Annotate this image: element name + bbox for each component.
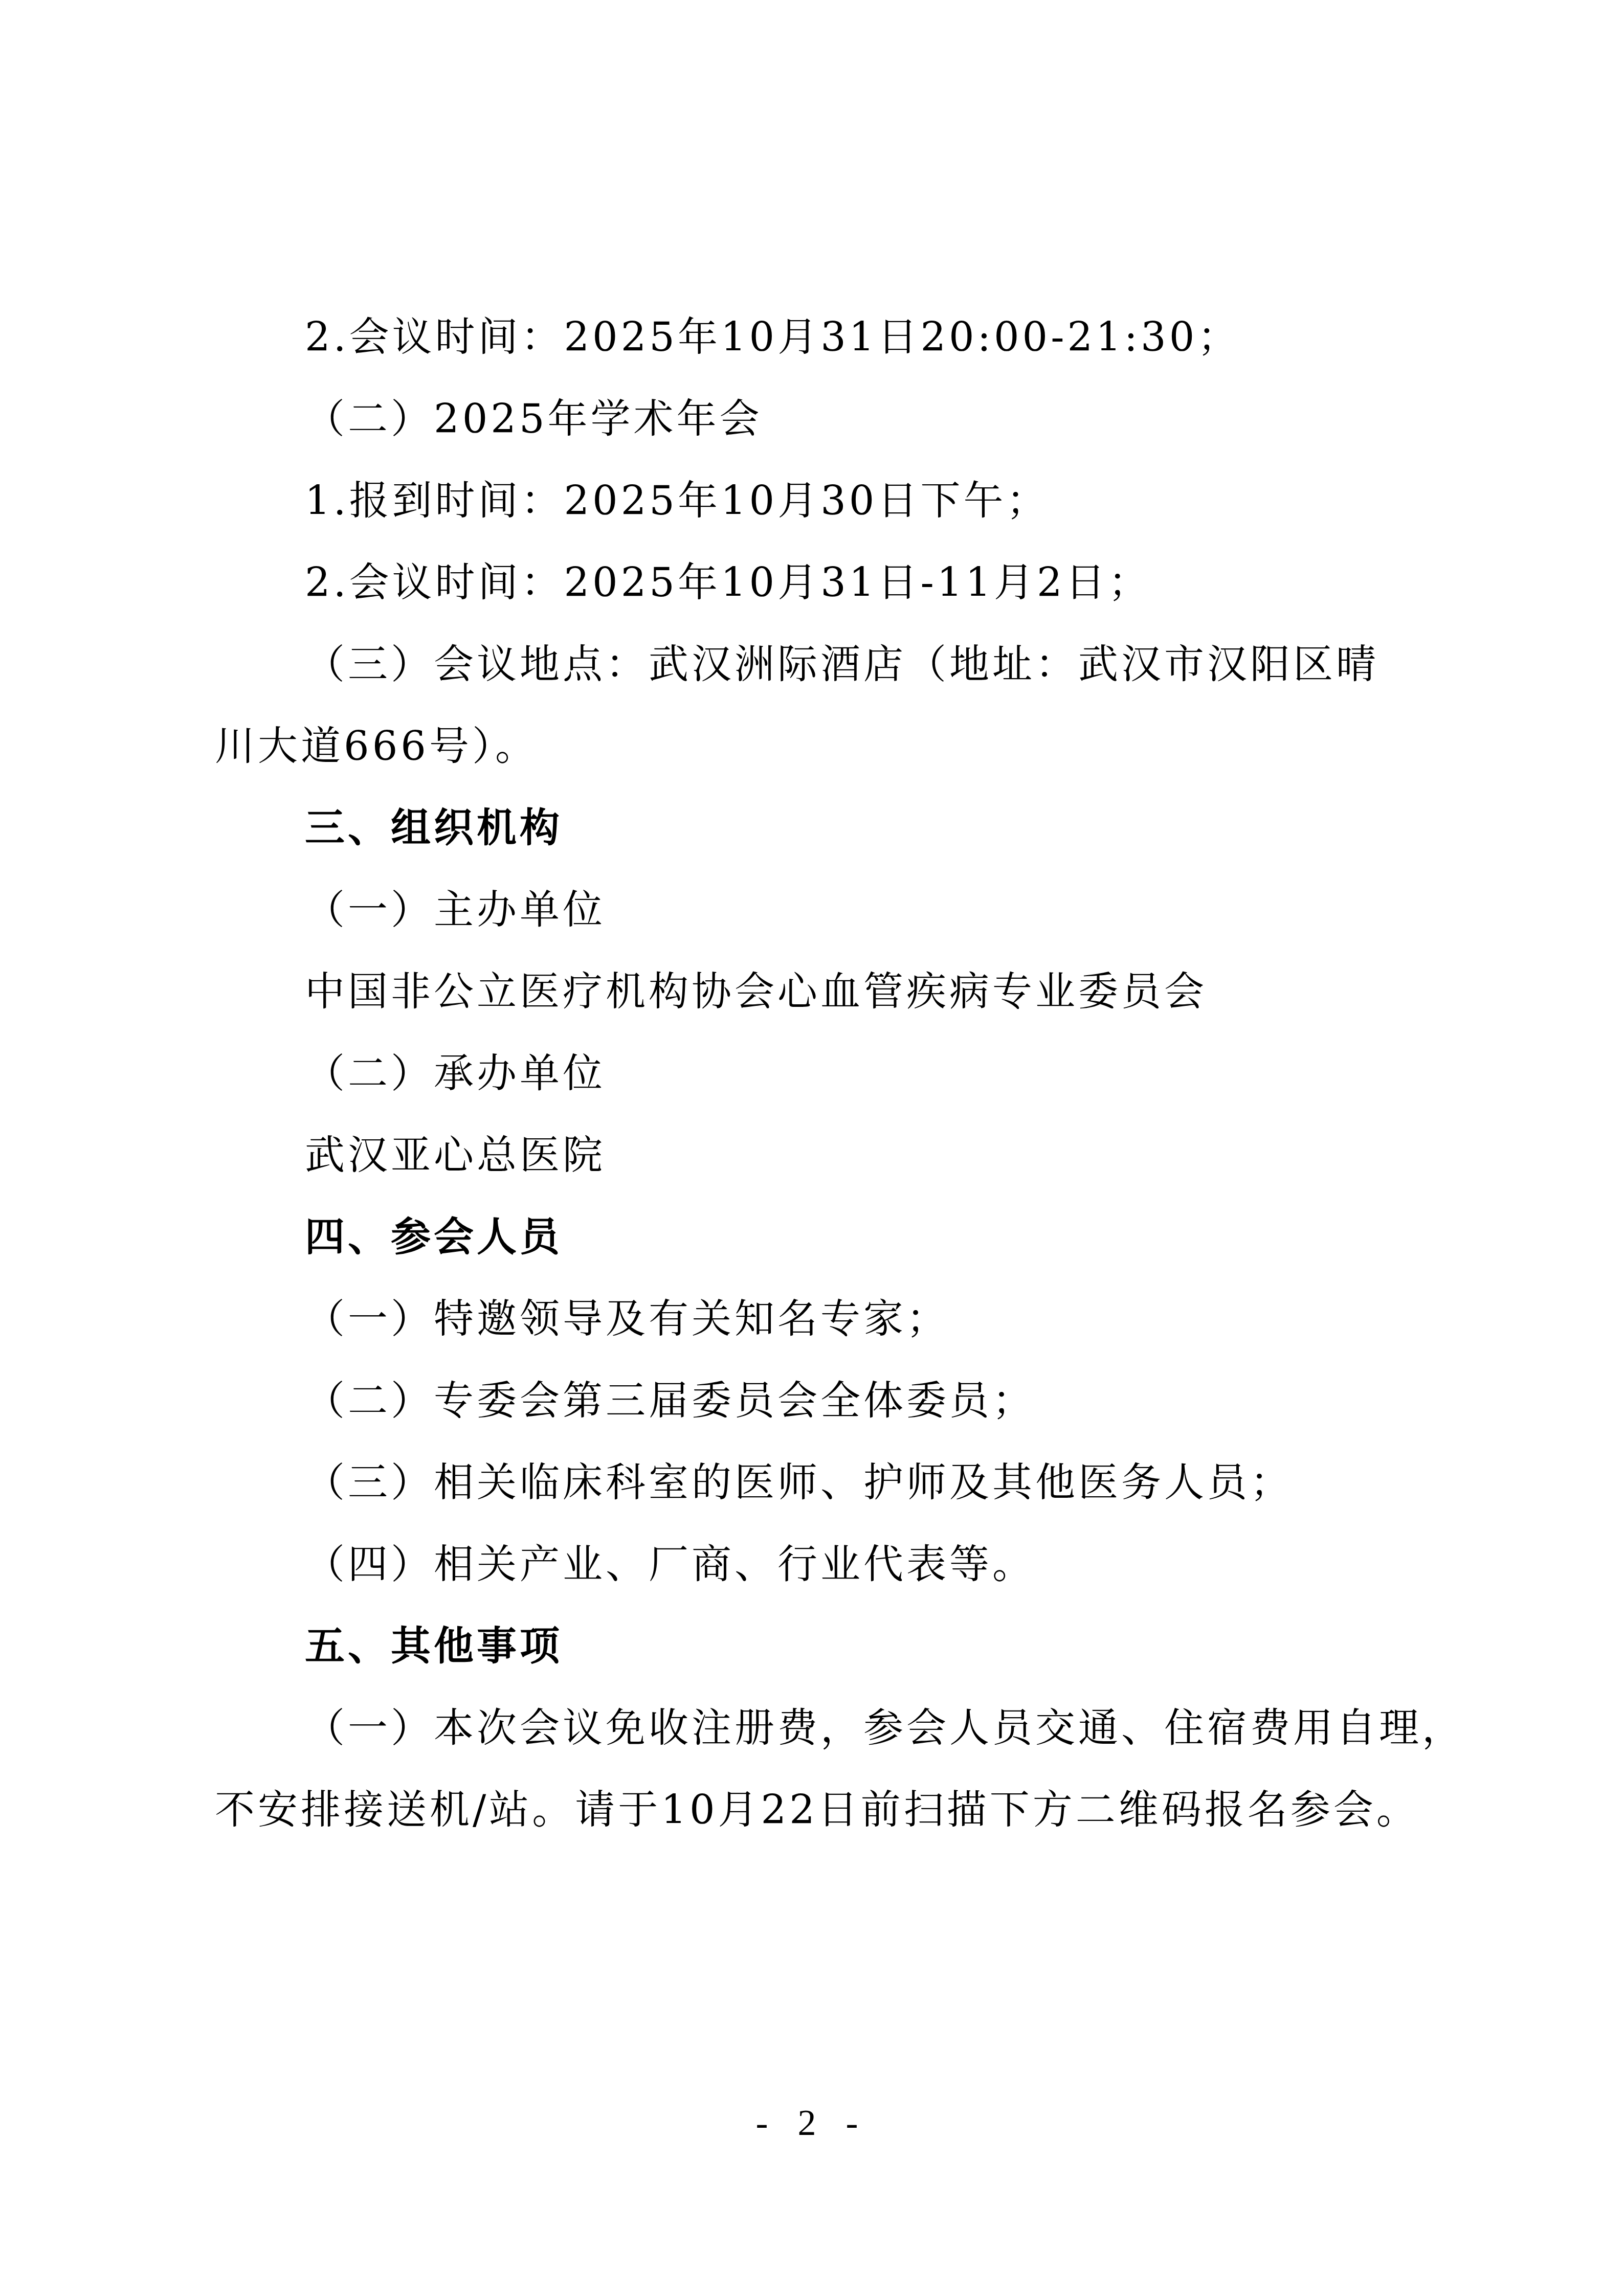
organizer-name: 中国非公立医疗机构协会心血管疾病专业委员会: [305, 966, 1207, 1018]
section-5-heading: 五、其他事项: [305, 1621, 563, 1672]
section-2-2-title: （二）2025年学术年会: [305, 394, 763, 445]
organizer-title: （一）主办单位: [305, 885, 606, 936]
attendee-4: （四）相关产业、厂商、行业代表等。: [305, 1539, 1035, 1590]
document-page: 2.会议时间：2025年10月31日20:00-21:30； （二）2025年学…: [0, 0, 1624, 2296]
section-3-heading: 三、组织机构: [305, 803, 563, 854]
attendee-1: （一）特邀领导及有关知名专家；: [305, 1294, 949, 1345]
venue-line1: （三）会议地点：武汉洲际酒店（地址：武汉市汉阳区晴: [305, 639, 1379, 690]
co-organizer-title: （二）承办单位: [305, 1048, 606, 1099]
page-number: - 2 -: [0, 2102, 1624, 2144]
other-1-line1: （一）本次会议免收注册费，参会人员交通、住宿费用自理，: [305, 1703, 1465, 1754]
other-1-line2: 不安排接送机/站。请于10月22日前扫描下方二维码报名参会。: [215, 1785, 1419, 1836]
meeting-time-annual: 2.会议时间：2025年10月31日-11月2日；: [305, 557, 1151, 609]
section-4-heading: 四、参会人员: [305, 1212, 563, 1263]
attendee-3: （三）相关临床科室的医师、护师及其他医务人员；: [305, 1457, 1293, 1509]
co-organizer-name: 武汉亚心总医院: [305, 1130, 606, 1181]
registration-time: 1.报到时间：2025年10月30日下午；: [305, 476, 1049, 527]
venue-line2: 川大道666号）。: [215, 721, 538, 772]
attendee-2: （二）专委会第三届委员会全体委员；: [305, 1376, 1035, 1427]
meeting-time-standing: 2.会议时间：2025年10月31日20:00-21:30；: [305, 312, 1240, 363]
